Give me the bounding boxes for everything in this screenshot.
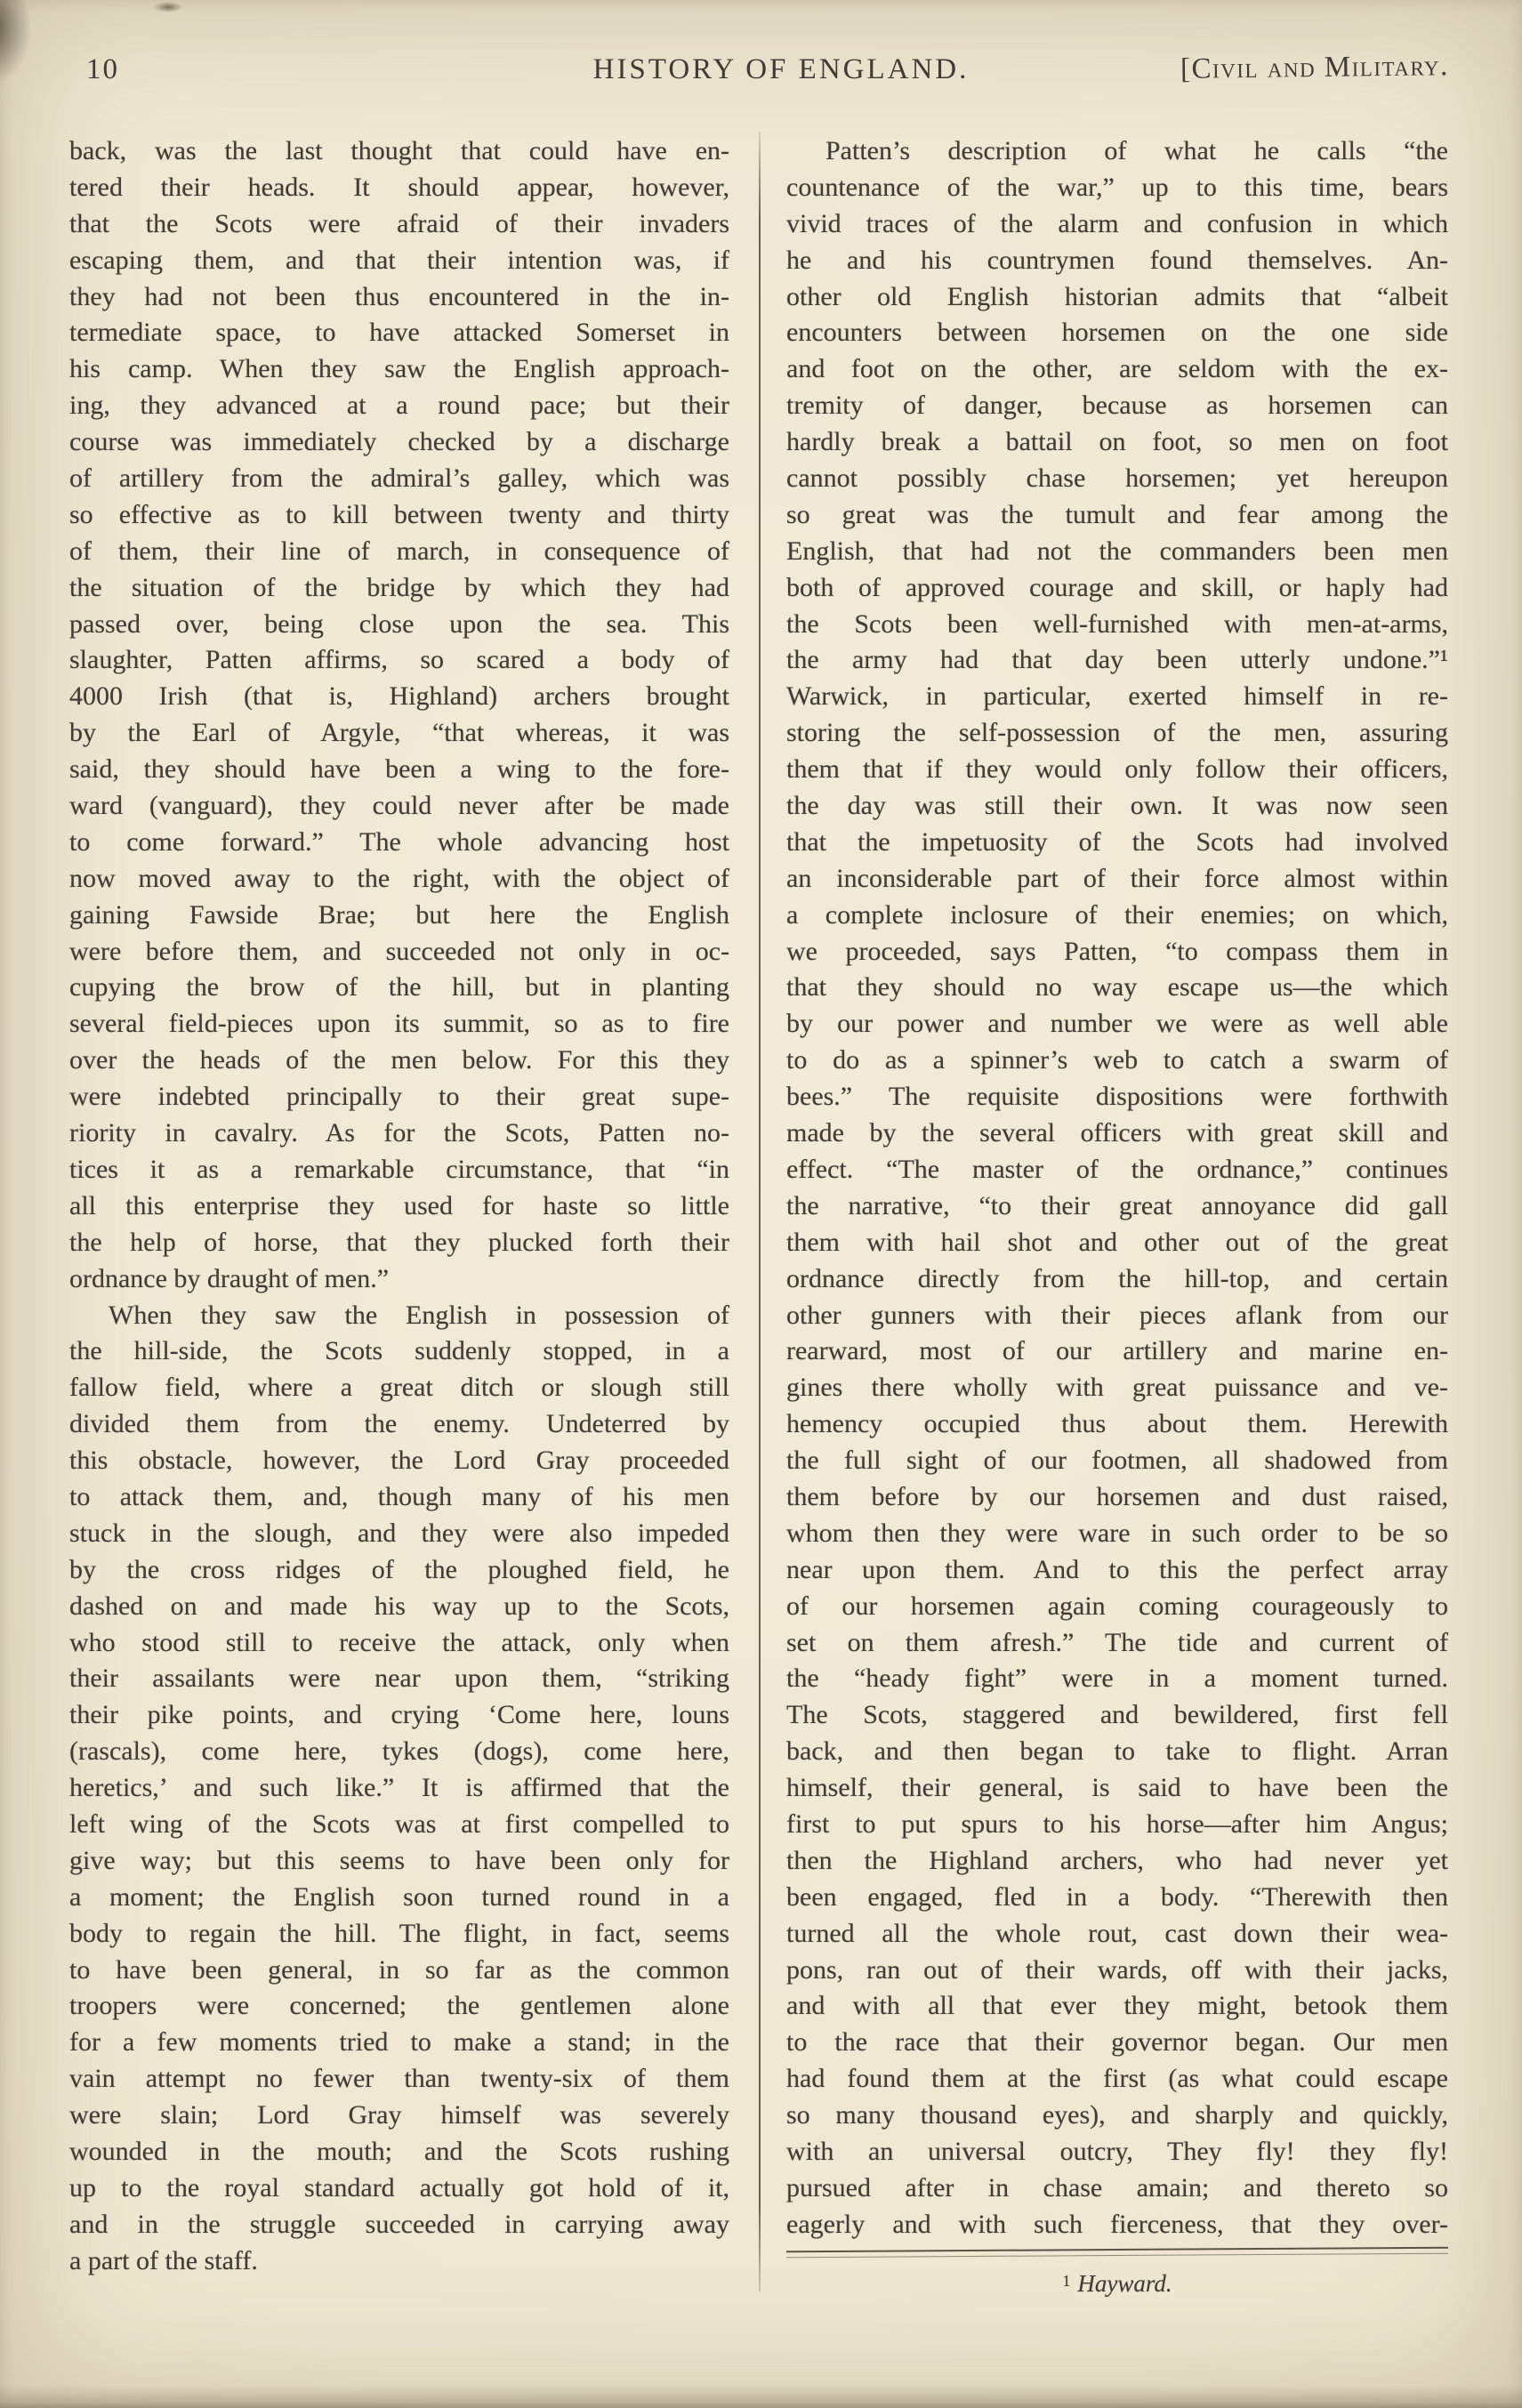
text-line: said, they should have been a wing to th…	[69, 752, 729, 788]
text-line: this obstacle, however, the Lord Gray pr…	[69, 1443, 729, 1479]
footnote-marker: 1	[1062, 2272, 1070, 2290]
text-line: pons, ran out of their wards, off with t…	[786, 1953, 1448, 1989]
text-line: the “heady fight” were in a moment turne…	[786, 1661, 1448, 1697]
text-line: had found them at the first (as what cou…	[786, 2061, 1448, 2098]
text-line: their assailants were near upon them, “s…	[69, 1661, 729, 1697]
text-line: hardly break a battail on foot, so men o…	[786, 424, 1448, 461]
text-line: slaughter, Patten affirms, so scared a b…	[69, 642, 729, 679]
text-line: stuck in the slough, and they were also …	[69, 1516, 729, 1552]
text-line: storing the self-possession of the men, …	[786, 715, 1448, 752]
text-line: wounded in the mouth; and the Scots rush…	[69, 2134, 729, 2170]
text-line: vain attempt no fewer than twenty-six of…	[69, 2061, 729, 2098]
text-line: When they saw the English in possession …	[69, 1298, 729, 1334]
text-line: himself, their general, is said to have …	[786, 1770, 1448, 1807]
text-line: 4000 Irish (that is, Highland) archers b…	[69, 679, 729, 715]
text-line: escaping them, and that their intention …	[69, 243, 729, 279]
text-line: so effective as to kill between twenty a…	[69, 497, 729, 534]
text-line: we proceeded, says Patten, “to compass t…	[786, 934, 1448, 970]
text-line: turned all the whole rout, cast down the…	[786, 1916, 1448, 1953]
text-line: so many thousand eyes), and sharply and …	[786, 2098, 1448, 2134]
text-line: with an universal outcry, They fly! they…	[786, 2134, 1448, 2170]
text-line: them before by our horsemen and dust rai…	[786, 1479, 1448, 1516]
text-line: to the race that their governor began. O…	[786, 2025, 1448, 2061]
text-line: up to the royal standard actually got ho…	[69, 2170, 729, 2207]
text-line: Patten’s description of what he calls “t…	[786, 133, 1448, 170]
text-line: give way; but this seems to have been on…	[69, 1843, 729, 1880]
text-line: Warwick, in particular, exerted himself …	[786, 679, 1448, 715]
text-line: made by the several officers with great …	[786, 1115, 1448, 1152]
text-line: of our horsemen again coming courageousl…	[786, 1589, 1448, 1625]
text-line: ing, they advanced at a round pace; but …	[69, 388, 729, 424]
text-line: tered their heads. It should appear, how…	[69, 170, 729, 206]
text-line: ordnance directly from the hill-top, and…	[786, 1261, 1448, 1298]
text-line: the situation of the bridge by which the…	[69, 570, 729, 607]
text-line: by the cross ridges of the ploughed fiel…	[69, 1552, 729, 1589]
text-line: gaining Fawside Brae; but here the Engli…	[69, 898, 729, 934]
text-line: of them, their line of march, in consequ…	[69, 534, 729, 570]
text-line: them that if they would only follow thei…	[786, 752, 1448, 788]
text-line: passed over, being close upon the sea. T…	[69, 607, 729, 643]
text-line: the help of horse, that they plucked for…	[69, 1225, 729, 1261]
text-line: the army had that day been utterly undon…	[786, 642, 1448, 679]
text-line: termediate space, to have attacked Somer…	[69, 315, 729, 351]
book-page: 10 HISTORY OF ENGLAND. [Civil and Milita…	[0, 0, 1522, 2408]
text-line: an inconsiderable part of their force al…	[786, 861, 1448, 898]
text-line: to come forward.” The whole advancing ho…	[69, 825, 729, 861]
text-line: and in the struggle succeeded in carryin…	[69, 2207, 729, 2243]
text-line: the Scots been well-furnished with men-a…	[786, 607, 1448, 643]
text-line: their pike points, and crying ‘Come here…	[69, 1697, 729, 1734]
text-line: a part of the staff.	[69, 2243, 729, 2280]
footnote-block: 1Hayward.	[786, 2249, 1448, 2298]
text-line: divided them from the enemy. Undeterred …	[69, 1406, 729, 1443]
text-line: cupying the brow of the hill, but in pla…	[69, 970, 729, 1006]
text-line: back, was the last thought that could ha…	[69, 133, 729, 170]
text-line: bees.” The requisite dispositions were f…	[786, 1079, 1448, 1115]
page-number: 10	[86, 53, 119, 86]
text-line: a moment; the English soon turned round …	[69, 1880, 729, 1916]
text-line: back, and then began to take to flight. …	[786, 1734, 1448, 1770]
column-divider-rule	[759, 132, 761, 2291]
scan-mark	[153, 2, 183, 12]
text-line: his camp. When they saw the English appr…	[69, 351, 729, 388]
text-line: vivid traces of the alarm and confusion …	[786, 206, 1448, 243]
text-line: been engaged, fled in a body. “Therewith…	[786, 1880, 1448, 1916]
text-line: over the heads of the men below. For thi…	[69, 1043, 729, 1079]
text-line: the full sight of our footmen, all shado…	[786, 1443, 1448, 1479]
text-line: pursued after in chase amain; and theret…	[786, 2170, 1448, 2207]
text-line: course was immediately checked by a disc…	[69, 424, 729, 461]
text-line: the narrative, “to their great annoyance…	[786, 1188, 1448, 1225]
scan-smudge-top-left	[0, 0, 62, 133]
text-line: who stood still to receive the attack, o…	[69, 1625, 729, 1662]
footnote-rule	[786, 2247, 1448, 2259]
text-line: the hill-side, the Scots suddenly stoppe…	[69, 1333, 729, 1370]
scan-bottom-shadow	[0, 2385, 1522, 2408]
text-line: gines there wholly with great puissance …	[786, 1370, 1448, 1406]
left-text-column: back, was the last thought that could ha…	[69, 133, 729, 2280]
text-line: then the Highland archers, who had never…	[786, 1843, 1448, 1880]
text-line: (rascals), come here, tykes (dogs), come…	[69, 1734, 729, 1770]
text-line: were before them, and succeeded not only…	[69, 934, 729, 970]
section-header: [Civil and Military.	[1180, 50, 1449, 86]
text-line: by the Earl of Argyle, “that whereas, it…	[69, 715, 729, 752]
text-line: they had not been thus encountered in th…	[69, 279, 729, 316]
text-line: other gunners with their pieces aflank f…	[786, 1298, 1448, 1334]
text-line: to attack them, and, though many of his …	[69, 1479, 729, 1516]
text-line: cannot possibly chase horsemen; yet here…	[786, 461, 1448, 497]
text-line: so great was the tumult and fear among t…	[786, 497, 1448, 534]
text-line: ward (vanguard), they could never after …	[69, 788, 729, 825]
text-line: that the Scots were afraid of their inva…	[69, 206, 729, 243]
text-line: he and his countrymen found themselves. …	[786, 243, 1448, 279]
text-line: of artillery from the admiral’s galley, …	[69, 461, 729, 497]
text-line: to have been general, in so far as the c…	[69, 1953, 729, 1989]
text-line: dashed on and made his way up to the Sco…	[69, 1589, 729, 1625]
footnote-source: Hayward.	[1077, 2270, 1172, 2297]
text-line: first to put spurs to his horse—after hi…	[786, 1807, 1448, 1843]
text-line: by our power and number we were as well …	[786, 1006, 1448, 1043]
text-line: English, that had not the commanders bee…	[786, 534, 1448, 570]
right-text-column: Patten’s description of what he calls “t…	[786, 133, 1448, 2243]
text-line: effect. “The master of the ordnance,” co…	[786, 1152, 1448, 1188]
text-line: tices it as a remarkable circumstance, t…	[69, 1152, 729, 1188]
text-line: now moved away to the right, with the ob…	[69, 861, 729, 898]
text-line: tremity of danger, because as horsemen c…	[786, 388, 1448, 424]
text-line: encounters between horsemen on the one s…	[786, 315, 1448, 351]
text-line: heretics,’ and such like.” It is affirme…	[69, 1770, 729, 1807]
text-line: the day was still their own. It was now …	[786, 788, 1448, 825]
text-line: troopers were concerned; the gentlemen a…	[69, 1988, 729, 2025]
text-line: and with all that ever they might, betoo…	[786, 1988, 1448, 2025]
text-line: fallow field, where a great ditch or slo…	[69, 1370, 729, 1406]
text-line: to do as a spinner’s web to catch a swar…	[786, 1043, 1448, 1079]
text-line: left wing of the Scots was at first comp…	[69, 1807, 729, 1843]
text-line: ordnance by draught of men.”	[69, 1261, 729, 1298]
text-line: rearward, most of our artillery and mari…	[786, 1333, 1448, 1370]
text-line: hemency occupied thus about them. Herewi…	[786, 1406, 1448, 1443]
text-line: for a few moments tried to make a stand;…	[69, 2025, 729, 2061]
text-line: eagerly and with such fierceness, that t…	[786, 2207, 1448, 2243]
text-line: all this enterprise they used for haste …	[69, 1188, 729, 1225]
text-line: countenance of the war,” up to this time…	[786, 170, 1448, 206]
text-line: a complete inclosure of their enemies; o…	[786, 898, 1448, 934]
text-line: that the impetuosity of the Scots had in…	[786, 825, 1448, 861]
footnote: 1Hayward.	[786, 2270, 1448, 2298]
text-line: near upon them. And to this the perfect …	[786, 1552, 1448, 1589]
text-line: were slain; Lord Gray himself was severe…	[69, 2098, 729, 2134]
text-line: The Scots, staggered and bewildered, fir…	[786, 1697, 1448, 1734]
text-line: and foot on the other, are seldom with t…	[786, 351, 1448, 388]
text-line: set on them afresh.” The tide and curren…	[786, 1625, 1448, 1662]
text-line: that they should no way escape us—the wh…	[786, 970, 1448, 1006]
text-line: whom then they were ware in such order t…	[786, 1516, 1448, 1552]
text-line: both of approved courage and skill, or h…	[786, 570, 1448, 607]
text-line: them with hail shot and other out of the…	[786, 1225, 1448, 1261]
text-line: other old English historian admits that …	[786, 279, 1448, 316]
text-line: body to regain the hill. The flight, in …	[69, 1916, 729, 1953]
running-title: HISTORY OF ENGLAND.	[593, 53, 970, 86]
text-line: were indebted principally to their great…	[69, 1079, 729, 1115]
text-line: several field-pieces upon its summit, so…	[69, 1006, 729, 1043]
text-line: riority in cavalry. As for the Scots, Pa…	[69, 1115, 729, 1152]
